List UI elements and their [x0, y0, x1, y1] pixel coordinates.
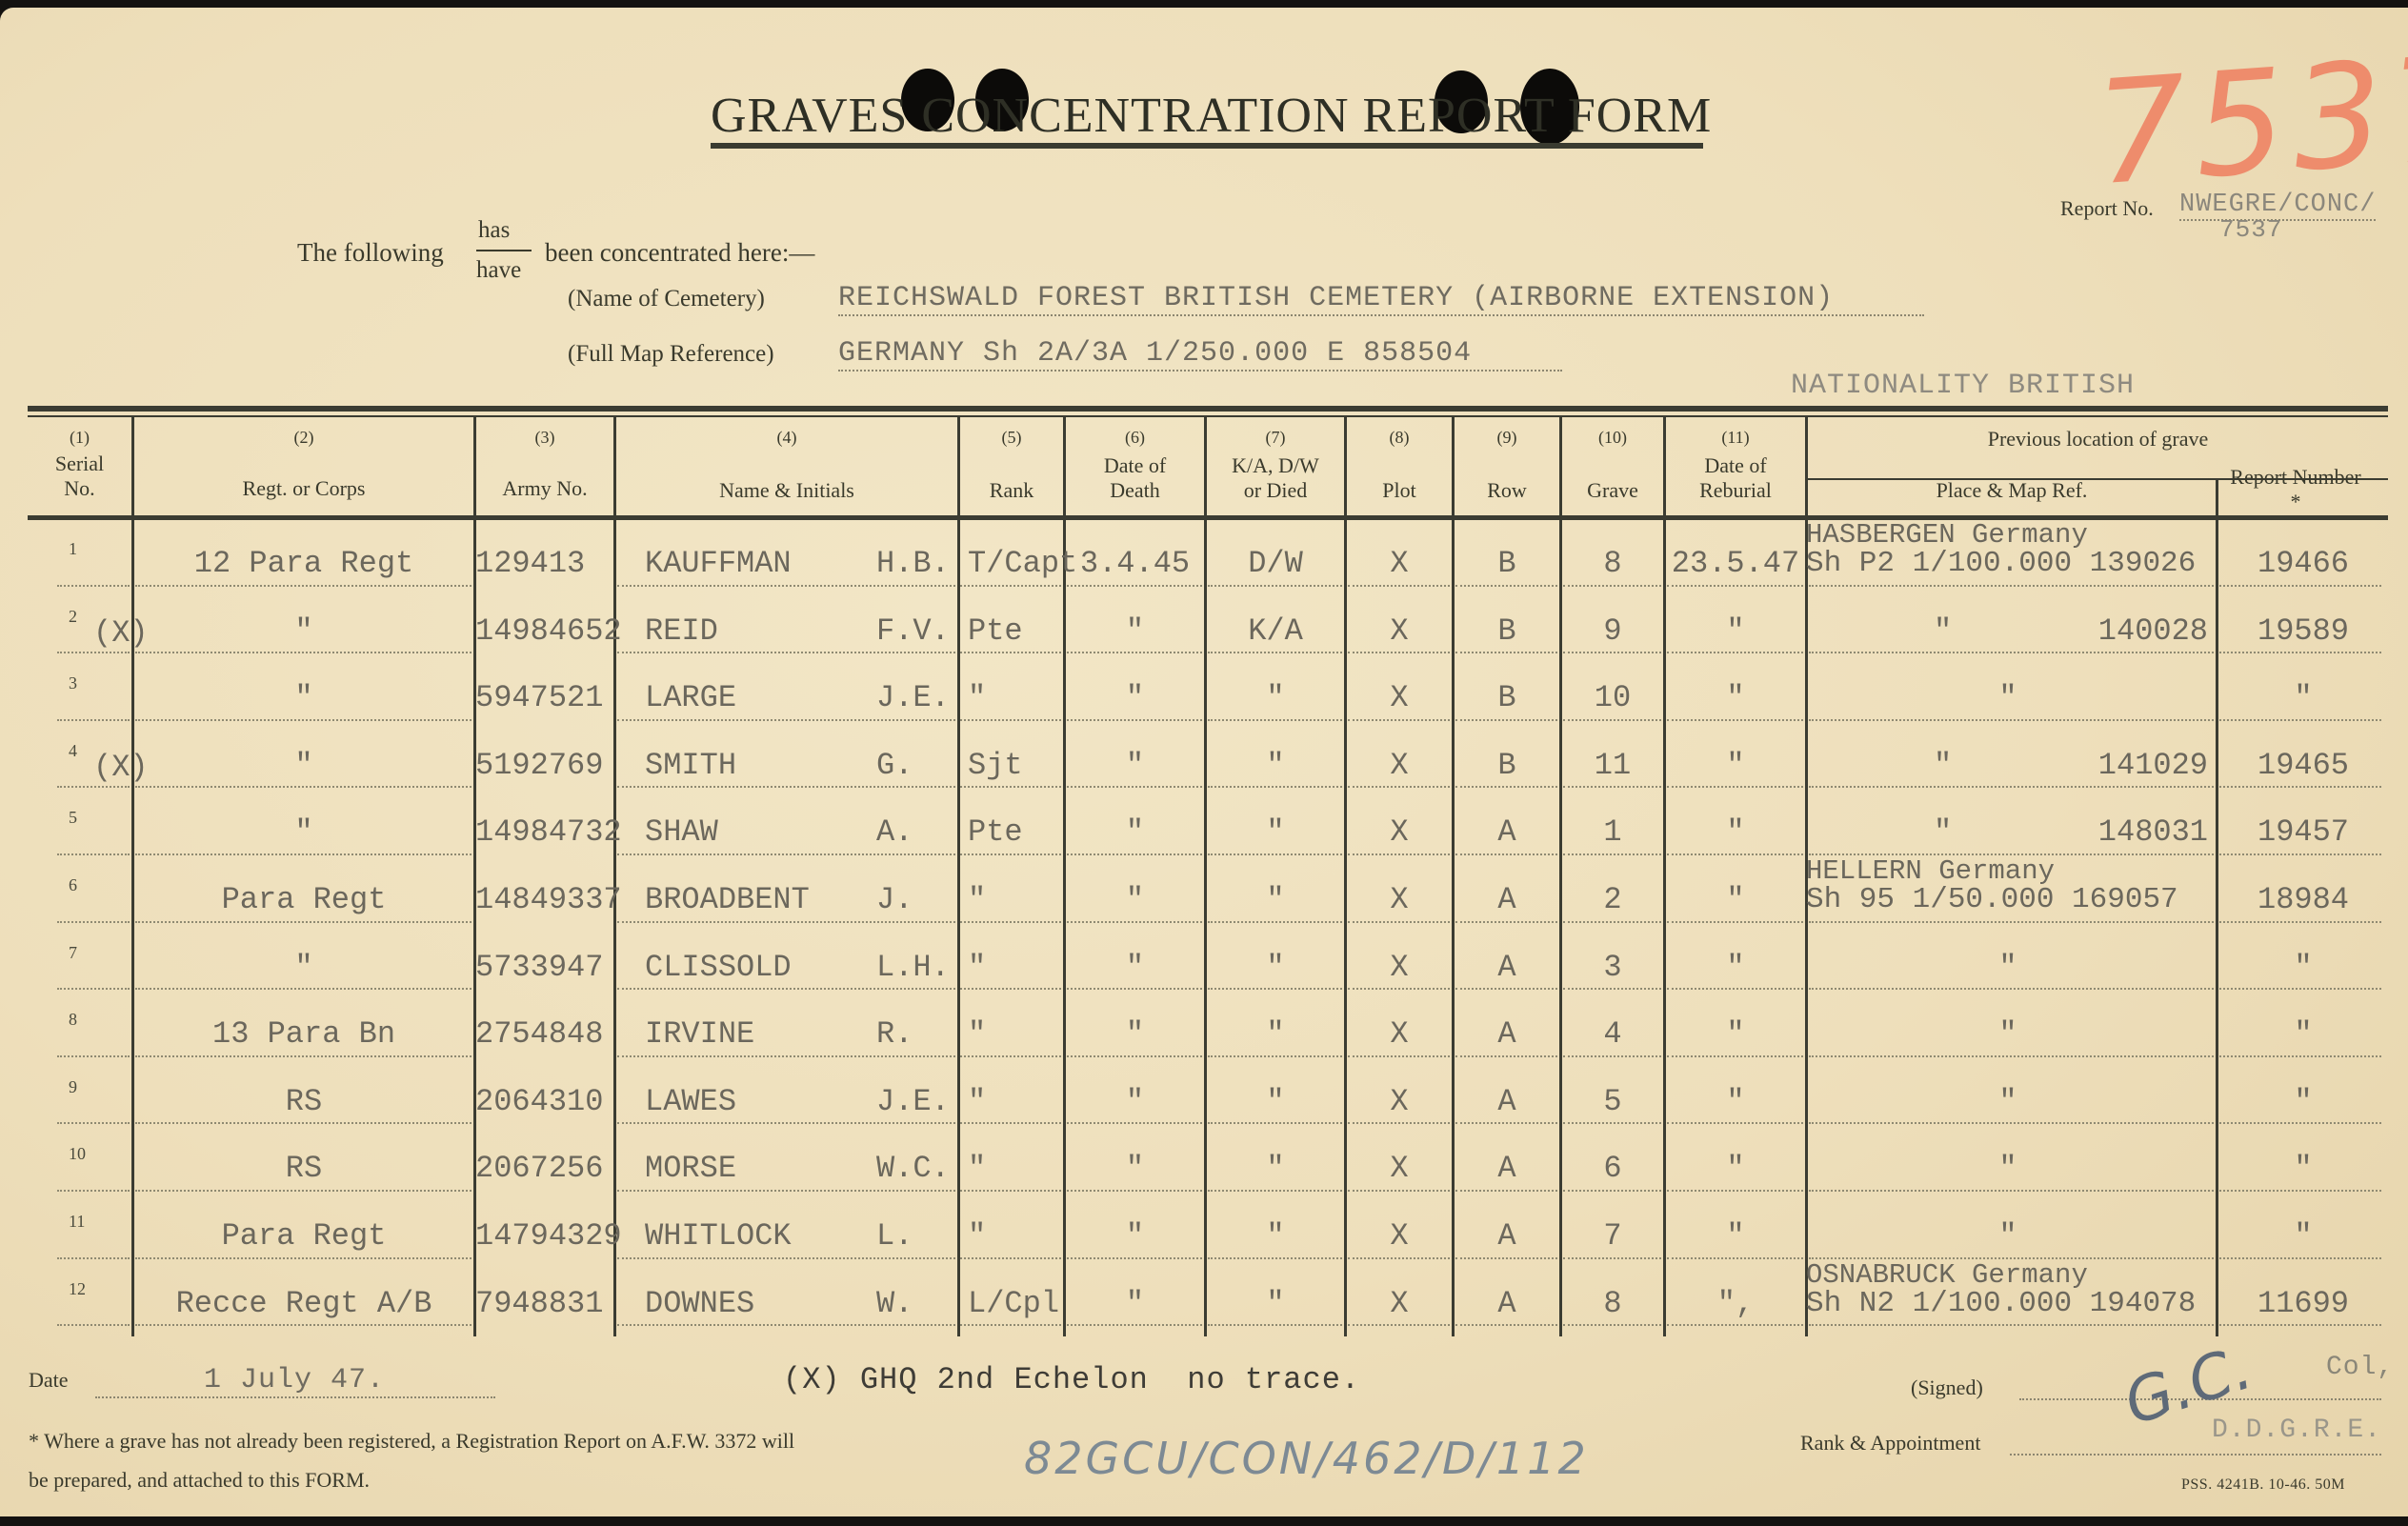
- row-dotted-line: [57, 1055, 130, 1057]
- cell-reburial: ": [1666, 883, 1805, 917]
- row-dotted-line: [1067, 585, 1202, 587]
- map-ref-field[interactable]: GERMANY Sh 2A/3A 1/250.000 E 858504: [838, 337, 1562, 371]
- row-dotted-line: [1208, 652, 1342, 653]
- cell-army-no: 5733947: [475, 951, 618, 985]
- row-dotted-line: [1455, 853, 1557, 855]
- cell-rank: Pte: [968, 815, 1082, 850]
- header-label: Serial No.: [51, 452, 109, 501]
- header-row: (9) Row: [1455, 425, 1559, 503]
- cell-name: IRVINE: [645, 1017, 854, 1052]
- cell-reburial: ": [1666, 614, 1805, 649]
- row-dotted-line: [1348, 1122, 1450, 1124]
- cell-regt: ": [134, 951, 473, 985]
- cell-rank: ": [968, 681, 1082, 715]
- row-dotted-line: [1208, 853, 1342, 855]
- cell-initials: G.: [876, 749, 962, 783]
- row-dotted-line: [135, 921, 472, 923]
- row-dotted-line: [1348, 1190, 1450, 1192]
- row-dotted-line: [1563, 1190, 1661, 1192]
- cell-date-death: ": [1066, 1085, 1204, 1119]
- cell-cause: ": [1207, 951, 1344, 985]
- red-pencil-number: 7537: [2090, 25, 2408, 217]
- row-dotted-line: [1348, 719, 1450, 721]
- cell-row: A: [1455, 1085, 1559, 1119]
- cell-name: LARGE: [645, 681, 854, 715]
- row-dotted-line: [2219, 652, 2381, 653]
- cell-army-no: 14984652: [475, 614, 618, 649]
- header-reburial: (11) Date of Reburial: [1666, 425, 1805, 503]
- row-dotted-line: [2219, 1122, 2381, 1124]
- cell-date-death: ": [1066, 1287, 1204, 1321]
- header-label: K/A, D/W or Died: [1223, 453, 1328, 503]
- cell-army-no: 2064310: [475, 1085, 618, 1119]
- cell-report: ": [2218, 1152, 2388, 1186]
- row-dotted-line: [1667, 652, 1803, 653]
- header-plot: (8) Plot: [1347, 425, 1452, 503]
- row-dotted-line: [1563, 786, 1661, 788]
- cell-row: A: [1455, 1152, 1559, 1186]
- cell-plot: X: [1347, 883, 1452, 917]
- row-dotted-line: [57, 988, 130, 990]
- cell-report: ": [2218, 1085, 2388, 1119]
- cell-name: BROADBENT: [645, 883, 854, 917]
- row-dotted-line: [617, 1122, 955, 1124]
- row-dotted-line: [1809, 988, 2214, 990]
- row-dotted-line: [1348, 988, 1450, 990]
- row-dotted-line: [1208, 1055, 1342, 1057]
- cell-army-no: 2754848: [475, 1017, 618, 1052]
- form-title: GRAVES CONCENTRATION REPORT FORM: [711, 88, 1712, 144]
- row-dotted-line: [1348, 853, 1450, 855]
- row-dotted-line: [135, 1324, 472, 1326]
- cell-army-no: 14849337: [475, 883, 618, 917]
- intro-suffix: been concentrated here:—: [545, 238, 814, 268]
- cell-plot: X: [1347, 614, 1452, 649]
- cell-place-line2: ": [1808, 1017, 2208, 1052]
- cell-grave: 8: [1562, 547, 1663, 581]
- row-dotted-line: [1208, 1122, 1342, 1124]
- cell-date-death: ": [1066, 1152, 1204, 1186]
- row-dotted-line: [617, 585, 955, 587]
- cell-plot: X: [1347, 547, 1452, 581]
- cell-name: KAUFFMAN: [645, 547, 854, 581]
- intro-have: have: [476, 257, 521, 284]
- cell-report: 19589: [2218, 614, 2388, 649]
- cell-plot: X: [1347, 951, 1452, 985]
- row-dotted-line: [1067, 1324, 1202, 1326]
- row-dotted-line: [1563, 988, 1661, 990]
- row-dotted-line: [2219, 719, 2381, 721]
- cell-reburial: ": [1666, 1219, 1805, 1254]
- cell-cause: ": [1207, 1017, 1344, 1052]
- row-dotted-line: [2219, 853, 2381, 855]
- header-label: Name & Initials: [616, 478, 957, 503]
- row-dotted-line: [1348, 585, 1450, 587]
- row-dotted-line: [1208, 585, 1342, 587]
- cell-row: A: [1455, 815, 1559, 850]
- cell-reburial: 23.5.47: [1666, 547, 1805, 581]
- intro-prefix: The following: [297, 238, 444, 268]
- header-label: Army No.: [476, 476, 613, 501]
- cell-reburial: ": [1666, 681, 1805, 715]
- cell-place-line2: ": [1808, 1152, 2208, 1186]
- cell-rank: T/Capt: [968, 547, 1082, 581]
- cell-reburial: ": [1666, 1152, 1805, 1186]
- cell-army-no: 129413: [475, 547, 618, 581]
- row-dotted-line: [617, 719, 955, 721]
- row-dotted-line: [1067, 652, 1202, 653]
- row-dotted-line: [57, 585, 130, 587]
- header-grave: (10) Grave: [1562, 425, 1663, 503]
- cell-row: A: [1455, 951, 1559, 985]
- row-dotted-line: [960, 652, 1061, 653]
- row-dotted-line: [135, 786, 472, 788]
- header-num: (10): [1562, 425, 1663, 450]
- row-dotted-line: [57, 719, 130, 721]
- row-dotted-line: [2219, 1190, 2381, 1192]
- row-dotted-line: [135, 1257, 472, 1259]
- row-dotted-line: [1667, 853, 1803, 855]
- row-dotted-line: [617, 1190, 955, 1192]
- cell-army-no: 14984732: [475, 815, 618, 850]
- cell-place-line2: " 141029: [1808, 749, 2208, 783]
- row-dotted-line: [1455, 1122, 1557, 1124]
- cell-plot: X: [1347, 681, 1452, 715]
- cell-initials: J.E.: [876, 681, 962, 715]
- cell-grave: 10: [1562, 681, 1663, 715]
- row-dotted-line: [1455, 988, 1557, 990]
- cell-row: A: [1455, 1287, 1559, 1321]
- row-dotted-line: [1208, 719, 1342, 721]
- row-dotted-line: [1067, 988, 1202, 990]
- row-dotted-line: [135, 719, 472, 721]
- footnote-line-1: * Where a grave has not already been reg…: [29, 1429, 794, 1454]
- table-top-rule: [28, 406, 2388, 412]
- cell-rank: Pte: [968, 614, 1082, 649]
- row-dotted-line: [135, 853, 472, 855]
- cell-initials: F.V.: [876, 614, 962, 649]
- row-dotted-line: [1667, 1122, 1803, 1124]
- row-dotted-line: [960, 786, 1061, 788]
- row-dotted-line: [1455, 585, 1557, 587]
- row-dotted-line: [57, 1190, 130, 1192]
- row-dotted-line: [2219, 585, 2381, 587]
- cell-plot: X: [1347, 1219, 1452, 1254]
- row-dotted-line: [2219, 1055, 2381, 1057]
- serial-number: 10: [69, 1144, 86, 1164]
- cell-name: DOWNES: [645, 1287, 854, 1321]
- row-dotted-line: [1208, 786, 1342, 788]
- header-army-no: (3) Army No.: [476, 425, 613, 501]
- serial-number: 7: [69, 943, 77, 963]
- header-num: (8): [1347, 425, 1452, 450]
- cell-reburial: ": [1666, 951, 1805, 985]
- cell-name: SHAW: [645, 815, 854, 850]
- cell-initials: W.C.: [876, 1152, 962, 1186]
- header-place-map-ref: Place & Map Ref.: [1808, 478, 2216, 503]
- serial-number: 12: [69, 1279, 86, 1299]
- cell-cause: K/A: [1207, 614, 1344, 649]
- cell-plot: X: [1347, 749, 1452, 783]
- cell-name: WHITLOCK: [645, 1219, 854, 1254]
- row-dotted-line: [1348, 1055, 1450, 1057]
- row-dotted-line: [135, 1122, 472, 1124]
- serial-number: 5: [69, 808, 77, 828]
- serial-number: 9: [69, 1077, 77, 1097]
- rank-value: D.D.G.R.E.: [2212, 1416, 2381, 1445]
- rank-label: Rank & Appointment: [1800, 1431, 1980, 1456]
- header-num: (6): [1066, 425, 1204, 450]
- row-dotted-line: [1667, 921, 1803, 923]
- cell-report: ": [2218, 681, 2388, 715]
- row-dotted-line: [135, 652, 472, 653]
- cell-grave: 8: [1562, 1287, 1663, 1321]
- cell-rank: ": [968, 1085, 1082, 1119]
- date-label: Date: [29, 1368, 69, 1393]
- header-label: Row: [1455, 478, 1559, 503]
- row-dotted-line: [960, 988, 1061, 990]
- cell-row: A: [1455, 1219, 1559, 1254]
- cell-place-line2: " 148031: [1808, 815, 2208, 850]
- row-dotted-line: [57, 1257, 130, 1259]
- cell-date-death: ": [1066, 815, 1204, 850]
- row-dotted-line: [2219, 1324, 2381, 1326]
- cell-initials: J.: [876, 883, 962, 917]
- cemetery-field[interactable]: REICHSWALD FOREST BRITISH CEMETERY (AIRB…: [838, 282, 1924, 316]
- row-dotted-line: [1208, 921, 1342, 923]
- row-dotted-line: [1348, 921, 1450, 923]
- cell-place-line2: ": [1808, 1085, 2208, 1119]
- row-dotted-line: [1067, 719, 1202, 721]
- header-num: (7): [1207, 425, 1344, 450]
- cell-date-death: 3.4.45: [1066, 547, 1204, 581]
- row-dotted-line: [1455, 921, 1557, 923]
- row-dotted-line: [1809, 652, 2214, 653]
- cell-regt: Para Regt: [134, 883, 473, 917]
- cell-reburial: ": [1666, 749, 1805, 783]
- cell-grave: 4: [1562, 1017, 1663, 1052]
- row-dotted-line: [135, 1190, 472, 1192]
- row-dotted-line: [960, 1122, 1061, 1124]
- footnote-line-2: be prepared, and attached to this FORM.: [29, 1468, 370, 1493]
- cell-report: ": [2218, 1017, 2388, 1052]
- serial-number: 2: [69, 607, 77, 627]
- row-dotted-line: [1208, 1257, 1342, 1259]
- cell-report: 19465: [2218, 749, 2388, 783]
- header-rank: (5) Rank: [960, 425, 1063, 503]
- header-num: (4): [616, 425, 957, 450]
- cell-army-no: 7948831: [475, 1287, 618, 1321]
- row-dotted-line: [960, 921, 1061, 923]
- row-dotted-line: [1067, 853, 1202, 855]
- cell-rank: ": [968, 883, 1082, 917]
- header-serial: (1) Serial No.: [28, 425, 131, 501]
- cell-reburial: ": [1666, 1017, 1805, 1052]
- row-dotted-line: [1667, 585, 1803, 587]
- intro-has: has: [478, 217, 510, 244]
- row-dotted-line: [1809, 1190, 2214, 1192]
- header-num: (3): [476, 425, 613, 450]
- cell-report: ": [2218, 1219, 2388, 1254]
- row-dotted-line: [1067, 1257, 1202, 1259]
- cell-grave: 11: [1562, 749, 1663, 783]
- row-dotted-line: [1208, 1190, 1342, 1192]
- row-dotted-line: [57, 921, 130, 923]
- date-field[interactable]: 1 July 47.: [95, 1364, 495, 1398]
- serial-number: 3: [69, 673, 77, 693]
- row-dotted-line: [135, 585, 472, 587]
- cell-grave: 6: [1562, 1152, 1663, 1186]
- row-dotted-line: [2219, 921, 2381, 923]
- cell-cause: ": [1207, 681, 1344, 715]
- cell-place-line2: Sh N2 1/100.000 194078: [1806, 1287, 2196, 1321]
- header-label: Rank: [960, 478, 1063, 503]
- cell-cause: ": [1207, 1152, 1344, 1186]
- table-top-rule-thin: [28, 415, 2388, 417]
- header-num: (1): [28, 425, 131, 450]
- cell-initials: A.: [876, 815, 962, 850]
- row-dotted-line: [1455, 1055, 1557, 1057]
- header-num: (5): [960, 425, 1063, 450]
- cell-grave: 1: [1562, 815, 1663, 850]
- row-dotted-line: [1563, 1324, 1661, 1326]
- cell-rank: ": [968, 1152, 1082, 1186]
- row-dotted-line: [617, 988, 955, 990]
- row-dotted-line: [57, 652, 130, 653]
- cell-report: 19457: [2218, 815, 2388, 850]
- row-dotted-line: [617, 921, 955, 923]
- row-dotted-line: [1563, 652, 1661, 653]
- cell-regt: ": [134, 614, 473, 649]
- row-dotted-line: [1563, 1055, 1661, 1057]
- cell-date-death: ": [1066, 749, 1204, 783]
- signer-rank: Col,: [2326, 1353, 2394, 1382]
- title-underline: [711, 143, 1703, 149]
- cell-initials: H.B.: [876, 547, 962, 581]
- row-dotted-line: [960, 1324, 1061, 1326]
- row-dotted-line: [617, 652, 955, 653]
- serial-number: 11: [69, 1212, 85, 1232]
- row-dotted-line: [1455, 719, 1557, 721]
- cell-plot: X: [1347, 1287, 1452, 1321]
- cell-place-line2: ": [1808, 951, 2208, 985]
- cell-cause: ": [1207, 1287, 1344, 1321]
- row-dotted-line: [1455, 1190, 1557, 1192]
- header-num: (2): [134, 425, 473, 450]
- cell-row: B: [1455, 749, 1559, 783]
- report-no-label: Report No.: [2060, 196, 2154, 221]
- serial-number: 1: [69, 539, 77, 559]
- row-dotted-line: [1208, 1324, 1342, 1326]
- header-label: Date of Death: [1093, 453, 1178, 503]
- cell-name: SMITH: [645, 749, 854, 783]
- cell-regt: ": [134, 749, 473, 783]
- cell-report: 19466: [2218, 547, 2388, 581]
- row-dotted-line: [1455, 786, 1557, 788]
- cell-report: ": [2218, 951, 2388, 985]
- row-dotted-line: [617, 853, 955, 855]
- cell-rank: ": [968, 1017, 1082, 1052]
- row-dotted-line: [617, 1324, 955, 1326]
- row-dotted-line: [57, 1122, 130, 1124]
- cell-name: MORSE: [645, 1152, 854, 1186]
- cell-cause: ": [1207, 883, 1344, 917]
- cell-row: A: [1455, 883, 1559, 917]
- header-previous-location: Previous location of grave: [1808, 427, 2388, 452]
- cell-army-no: 2067256: [475, 1152, 618, 1186]
- row-dotted-line: [1667, 1190, 1803, 1192]
- cell-report: 18984: [2218, 883, 2388, 917]
- cell-place-line2: Sh 95 1/50.000 169057: [1806, 883, 2178, 917]
- row-dotted-line: [1563, 1122, 1661, 1124]
- cell-cause: ": [1207, 749, 1344, 783]
- map-ref-label: (Full Map Reference): [568, 341, 774, 368]
- row-dotted-line: [960, 1190, 1061, 1192]
- cell-army-no: 5192769: [475, 749, 618, 783]
- cell-cause: D/W: [1207, 547, 1344, 581]
- row-dotted-line: [1067, 786, 1202, 788]
- cell-plot: X: [1347, 1017, 1452, 1052]
- signed-label: (Signed): [1911, 1375, 1983, 1400]
- row-dotted-line: [1667, 1055, 1803, 1057]
- row-dotted-line: [1667, 1324, 1803, 1326]
- cell-grave: 9: [1562, 614, 1663, 649]
- cell-initials: W.: [876, 1287, 962, 1321]
- cell-plot: X: [1347, 1152, 1452, 1186]
- cell-row: B: [1455, 614, 1559, 649]
- row-dotted-line: [1563, 1257, 1661, 1259]
- row-dotted-line: [1455, 1324, 1557, 1326]
- header-regt: (2) Regt. or Corps: [134, 425, 473, 501]
- cell-place-line2: ": [1808, 1219, 2208, 1254]
- row-dotted-line: [1067, 1190, 1202, 1192]
- cell-reburial: ": [1666, 815, 1805, 850]
- cell-army-no: 5947521: [475, 681, 618, 715]
- row-dotted-line: [1208, 988, 1342, 990]
- cell-row: A: [1455, 1017, 1559, 1052]
- cell-place-line2: ": [1808, 681, 2208, 715]
- row-dotted-line: [1809, 1324, 2214, 1326]
- report-no-sub: 7537: [2219, 215, 2282, 244]
- row-dotted-line: [960, 1055, 1061, 1057]
- header-label: Plot: [1347, 478, 1452, 503]
- cell-date-death: ": [1066, 951, 1204, 985]
- cell-reburial: ": [1666, 1085, 1805, 1119]
- cell-date-death: ": [1066, 681, 1204, 715]
- header-report-number: Report Number *: [2229, 465, 2362, 514]
- cell-row: B: [1455, 547, 1559, 581]
- row-dotted-line: [57, 853, 130, 855]
- row-dotted-line: [1067, 1055, 1202, 1057]
- cell-place-line2: Sh P2 1/100.000 139026: [1806, 547, 2196, 581]
- nationality: NATIONALITY BRITISH: [1791, 370, 2135, 402]
- row-dotted-line: [1809, 719, 2214, 721]
- header-date-death: (6) Date of Death: [1066, 425, 1204, 503]
- print-code: PSS. 4241B. 10-46. 50M: [2181, 1476, 2345, 1494]
- row-dotted-line: [1563, 719, 1661, 721]
- row-dotted-line: [1563, 585, 1661, 587]
- row-dotted-line: [1455, 1257, 1557, 1259]
- cell-rank: ": [968, 951, 1082, 985]
- row-dotted-line: [2219, 988, 2381, 990]
- serial-number: 8: [69, 1010, 77, 1030]
- cell-grave: 2: [1562, 883, 1663, 917]
- row-dotted-line: [617, 786, 955, 788]
- row-dotted-line: [1348, 652, 1450, 653]
- header-label: Grave: [1562, 478, 1663, 503]
- header-num: (11): [1666, 425, 1805, 450]
- row-dotted-line: [1348, 1324, 1450, 1326]
